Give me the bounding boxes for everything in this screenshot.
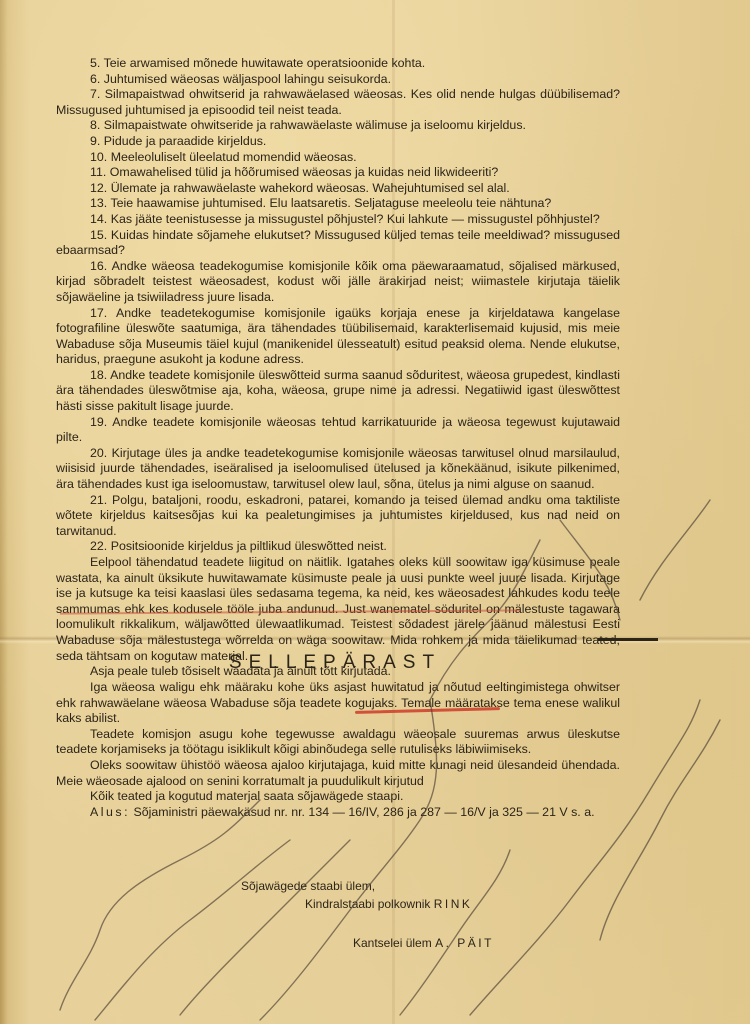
item-number: 11. (90, 165, 106, 179)
item-text: Silmapaistwad ohwitserid ja rahwawäelase… (56, 87, 620, 117)
item-text: Positsioonide kirjeldus ja piltlikud üle… (111, 539, 387, 553)
instructions-section: Iga wäeosa waligu ehk määraku kohe üks a… (56, 680, 620, 820)
item-number: 14. (90, 212, 107, 226)
question-item: 6. Juhtumised wäeosas wäljaspool lahingu… (56, 72, 620, 88)
signature-title: Kindralstaabi polkownik (305, 897, 430, 911)
item-number: 19. (90, 415, 107, 429)
item-text: Silmapaistwate ohwitseride ja rahwawäela… (104, 118, 526, 132)
question-item: 12. Ülemate ja rahwawäelaste wahekord wä… (56, 181, 620, 197)
question-item: 8. Silmapaistwate ohwitseride ja rahwawä… (56, 118, 620, 134)
item-text: Teie arwamised mõnede huwitawate operats… (104, 56, 426, 70)
question-item: 10. Meeleoluliselt üleelatud momendid wä… (56, 150, 620, 166)
item-number: 7. (90, 87, 100, 101)
item-number: 13. (90, 196, 107, 210)
item-number: 16. (90, 259, 107, 273)
legal-basis-label: Alus: (90, 805, 130, 819)
question-item: 13. Teie haawamise juhtumised. Elu laats… (56, 196, 620, 212)
signature-line-chief-of-staff: Sõjawägede staabi ülem, (241, 879, 375, 893)
body-paragraph: Iga wäeosa waligu ehk määraku kohe üks a… (56, 680, 620, 727)
body-paragraph: Kõik teated ja kogutud materjal saata sõ… (56, 789, 620, 805)
item-number: 21. (90, 493, 107, 507)
item-text: Andke wäeosa teadekogumise komisjonile k… (56, 259, 620, 304)
question-item: 21. Polgu, bataljoni, roodu, eskadroni, … (56, 493, 620, 540)
item-number: 10. (90, 150, 107, 164)
questionnaire-items: 5. Teie arwamised mõnede huwitawate oper… (56, 56, 620, 680)
signature-name: A. PÄIT (435, 936, 494, 950)
body-paragraph: Teadete komisjon asugu kohe tegewusse aw… (56, 727, 620, 758)
body-paragraph: Eelpool tähendatud teadete liigitud on n… (56, 555, 620, 664)
item-text: Omawahelised tülid ja hõõrumised wäeosas… (110, 165, 498, 179)
item-number: 20. (90, 446, 107, 460)
item-number: 18. (90, 368, 107, 382)
item-number: 22. (90, 539, 107, 553)
body-paragraph: Oleks soowitaw ühistöö wäeosa ajaloo kir… (56, 758, 620, 789)
item-text: Kirjutage üles ja andke teadetekogumise … (56, 446, 620, 491)
item-text: Ülemate ja rahwawäelaste wahekord wäeosa… (111, 181, 510, 195)
question-item: 19. Andke teadete komisjonile wäeosas te… (56, 415, 620, 446)
question-item: 14. Kas jääte teenistusesse ja missugust… (56, 212, 620, 228)
question-item: 16. Andke wäeosa teadekogumise komisjoni… (56, 259, 620, 306)
signature-line-colonel: Kindralstaabi polkownik RINK (305, 897, 472, 911)
item-number: 5. (90, 56, 100, 70)
signature-title: Kantselei ülem (353, 936, 432, 950)
question-item: 17. Andke teadetekogumise komisjonile ig… (56, 306, 620, 368)
section-heading: SELLEPÄRAST (0, 652, 670, 674)
item-text: Kuidas hindate sõjamehe elukutset? Missu… (56, 228, 620, 258)
question-item: 15. Kuidas hindate sõjamehe elukutset? M… (56, 228, 620, 259)
signature-line-chancellery: Kantselei ülem A. PÄIT (353, 936, 494, 950)
ink-dash-rule (598, 638, 658, 641)
question-item: 20. Kirjutage üles ja andke teadetekogum… (56, 446, 620, 493)
item-number: 15. (90, 228, 107, 242)
question-item: 5. Teie arwamised mõnede huwitawate oper… (56, 56, 620, 72)
question-item: 11. Omawahelised tülid ja hõõrumised wäe… (56, 165, 620, 181)
item-text: Kas jääte teenistusesse ja missugustel p… (111, 212, 600, 226)
signature-name: RINK (434, 897, 473, 911)
legal-basis: Alus: Sõjaministri päewakäsud nr. nr. 13… (56, 805, 620, 821)
question-item: 9. Pidude ja paraadide kirjeldus. (56, 134, 620, 150)
item-number: 8. (90, 118, 100, 132)
item-number: 12. (90, 181, 107, 195)
item-text: Andke teadete komisjonile üleswõtteid su… (56, 368, 620, 413)
item-number: 17. (90, 306, 107, 320)
item-text: Andke teadete komisjonile wäeosas tehtud… (56, 415, 620, 445)
item-text: Meeleoluliselt üleelatud momendid wäeosa… (111, 150, 357, 164)
item-text: Teie haawamise juhtumised. Elu laatsaret… (110, 196, 551, 210)
item-text: Polgu, bataljoni, roodu, eskadroni, pata… (56, 493, 620, 538)
item-number: 6. (90, 72, 100, 86)
item-number: 9. (90, 134, 100, 148)
item-text: Pidude ja paraadide kirjeldus. (104, 134, 267, 148)
question-item: 7. Silmapaistwad ohwitserid ja rahwawäel… (56, 87, 620, 118)
item-text: Andke teadetekogumise komisjonile igaüks… (56, 306, 620, 367)
legal-basis-text: Sõjaministri päewakäsud nr. nr. 134 — 16… (134, 805, 595, 819)
item-text: Juhtumised wäeosas wäljaspool lahingu se… (104, 72, 391, 86)
question-item: 22. Positsioonide kirjeldus ja piltlikud… (56, 539, 620, 555)
question-item: 18. Andke teadete komisjonile üleswõttei… (56, 368, 620, 415)
